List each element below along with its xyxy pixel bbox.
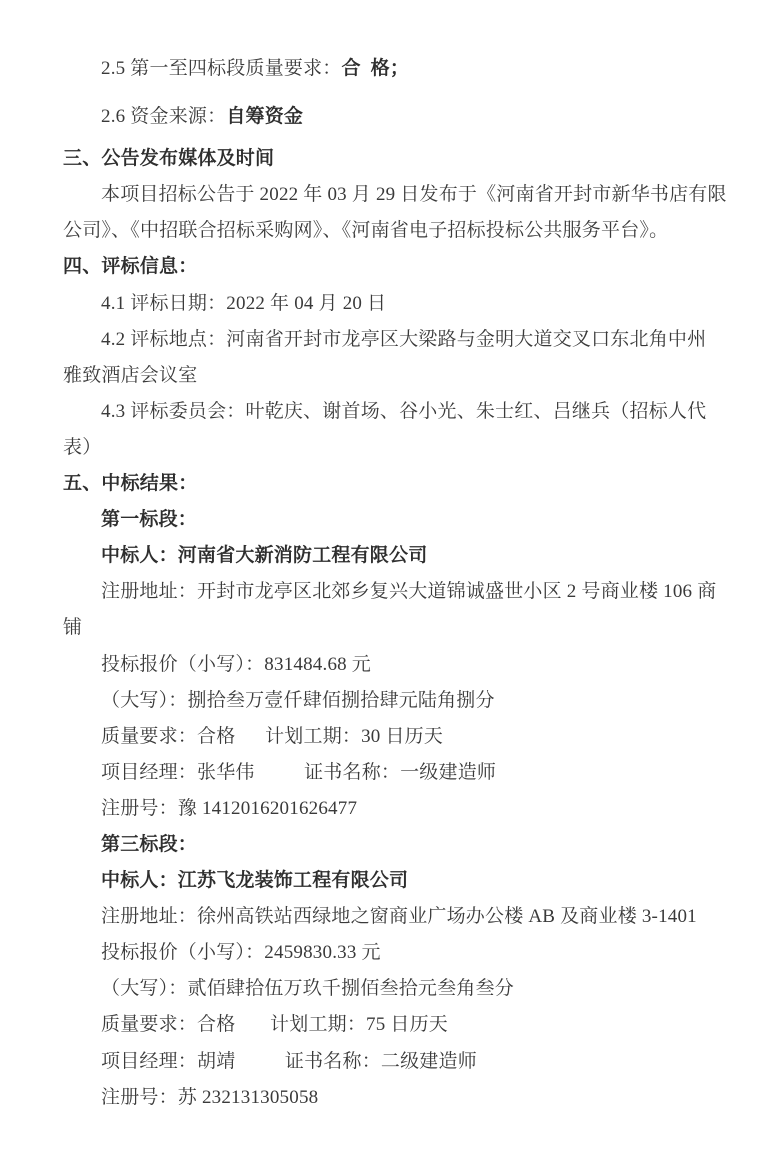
emphasis-text: 自筹资金 <box>226 106 303 127</box>
clause-2-6-funding-source: 2.6 资金来源：自筹资金 <box>63 99 726 135</box>
body-text: （大写）：贰佰肆拾伍万玖千捌佰叁拾元叁角叁分 <box>101 978 514 999</box>
lot-1-bid-price-numeric: 投标报价（小写）：831484.68 元 <box>63 647 726 683</box>
lot-1-project-manager-and-certificate: 项目经理：张华伟 证书名称：一级建造师 <box>63 755 726 791</box>
body-text: 2.6 资金来源： <box>101 106 226 127</box>
clause-2-5-quality-requirement: 2.5 第一至四标段质量要求：合 格； <box>63 51 726 87</box>
body-text: 本项目招标公告于 2022 年 03 月 29 日发布于《河南省开封市新华书店有… <box>101 184 727 205</box>
document-page: 2.5 第一至四标段质量要求：合 格；2.6 资金来源：自筹资金三、公告发布媒体… <box>0 0 784 1162</box>
body-text: 铺 <box>63 617 82 638</box>
emphasis-text: 第一标段： <box>101 509 197 530</box>
lot-3-winner: 中标人：江苏飞龙装饰工程有限公司 <box>63 863 726 899</box>
emphasis-text: 第三标段： <box>101 834 197 855</box>
body-text: 表） <box>63 437 101 458</box>
clause-4-2-evaluation-place-line-2: 雅致酒店会议室 <box>63 358 726 394</box>
body-text: 投标报价（小写）：831484.68 元 <box>101 654 371 675</box>
clause-4-2-evaluation-place-line-1: 4.2 评标地点：河南省开封市龙亭区大梁路与金明大道交叉口东北角中州 <box>63 322 726 358</box>
body-text: 2.5 第一至四标段质量要求： <box>101 58 342 79</box>
emphasis-text: 合 格； <box>342 58 410 79</box>
body-text: 投标报价（小写）：2459830.33 元 <box>101 942 381 963</box>
lot-1-heading: 第一标段： <box>63 502 726 538</box>
clause-4-3-evaluation-committee-line-1: 4.3 评标委员会：叶乾庆、谢首场、谷小光、朱士红、吕继兵（招标人代 <box>63 394 726 430</box>
emphasis-text: 中标人：河南省大新消防工程有限公司 <box>101 545 427 566</box>
announcement-media-line-2: 公司》、《中招联合招标采购网》、《河南省电子招标投标公共服务平台》。 <box>63 213 726 249</box>
section-5-heading: 五、中标结果： <box>63 466 726 502</box>
emphasis-text: 四、评标信息： <box>63 256 197 277</box>
section-4-heading: 四、评标信息： <box>63 249 726 285</box>
body-text: 项目经理：张华伟 证书名称：一级建造师 <box>101 762 496 783</box>
body-text: 注册号：豫 1412016201626477 <box>101 798 357 819</box>
lot-3-project-manager-and-certificate: 项目经理：胡靖 证书名称：二级建造师 <box>63 1044 726 1080</box>
lot-3-heading: 第三标段： <box>63 827 726 863</box>
body-text: 4.2 评标地点：河南省开封市龙亭区大梁路与金明大道交叉口东北角中州 <box>101 329 706 350</box>
body-text: 项目经理：胡靖 证书名称：二级建造师 <box>101 1051 477 1072</box>
emphasis-text: 三、公告发布媒体及时间 <box>63 148 274 169</box>
body-text: 公司》、《中招联合招标采购网》、《河南省电子招标投标公共服务平台》。 <box>63 220 668 241</box>
body-text: 注册号：苏 232131305058 <box>101 1087 318 1108</box>
lot-3-registration-number: 注册号：苏 232131305058 <box>63 1080 726 1116</box>
body-text: 注册地址：徐州高铁站西绿地之窗商业广场办公楼 AB 及商业楼 3-1401 <box>101 906 697 927</box>
lot-3-bid-price-words: （大写）：贰佰肆拾伍万玖千捌佰叁拾元叁角叁分 <box>63 971 726 1007</box>
body-text: 雅致酒店会议室 <box>63 365 197 386</box>
body-text: 4.1 评标日期：2022 年 04 月 20 日 <box>101 293 386 314</box>
lot-1-quality-and-schedule: 质量要求：合格 计划工期：30 日历天 <box>63 719 726 755</box>
document-content: 2.5 第一至四标段质量要求：合 格；2.6 资金来源：自筹资金三、公告发布媒体… <box>63 51 726 1116</box>
body-text: （大写）：捌拾叁万壹仟肆佰捌拾肆元陆角捌分 <box>101 690 495 711</box>
body-text: 质量要求：合格 计划工期：30 日历天 <box>101 726 443 747</box>
lot-1-registration-number: 注册号：豫 1412016201626477 <box>63 791 726 827</box>
lot-1-registered-address-line-2: 铺 <box>63 610 726 646</box>
body-text: 4.3 评标委员会：叶乾庆、谢首场、谷小光、朱士红、吕继兵（招标人代 <box>101 401 706 422</box>
body-text: 注册地址：开封市龙亭区北郊乡复兴大道锦诚盛世小区 2 号商业楼 106 商 <box>101 581 716 602</box>
lot-3-registered-address: 注册地址：徐州高铁站西绿地之窗商业广场办公楼 AB 及商业楼 3-1401 <box>63 899 726 935</box>
body-text: 质量要求：合格 计划工期：75 日历天 <box>101 1014 448 1035</box>
emphasis-text: 中标人：江苏飞龙装饰工程有限公司 <box>101 870 408 891</box>
clause-4-1-evaluation-date: 4.1 评标日期：2022 年 04 月 20 日 <box>63 286 726 322</box>
lot-1-bid-price-words: （大写）：捌拾叁万壹仟肆佰捌拾肆元陆角捌分 <box>63 683 726 719</box>
announcement-media-line-1: 本项目招标公告于 2022 年 03 月 29 日发布于《河南省开封市新华书店有… <box>63 177 726 213</box>
lot-1-registered-address-line-1: 注册地址：开封市龙亭区北郊乡复兴大道锦诚盛世小区 2 号商业楼 106 商 <box>63 574 726 610</box>
lot-1-winner: 中标人：河南省大新消防工程有限公司 <box>63 538 726 574</box>
lot-3-quality-and-schedule: 质量要求：合格 计划工期：75 日历天 <box>63 1007 726 1043</box>
emphasis-text: 五、中标结果： <box>63 473 197 494</box>
clause-4-3-evaluation-committee-line-2: 表） <box>63 430 726 466</box>
section-3-heading: 三、公告发布媒体及时间 <box>63 141 726 177</box>
lot-3-bid-price-numeric: 投标报价（小写）：2459830.33 元 <box>63 935 726 971</box>
